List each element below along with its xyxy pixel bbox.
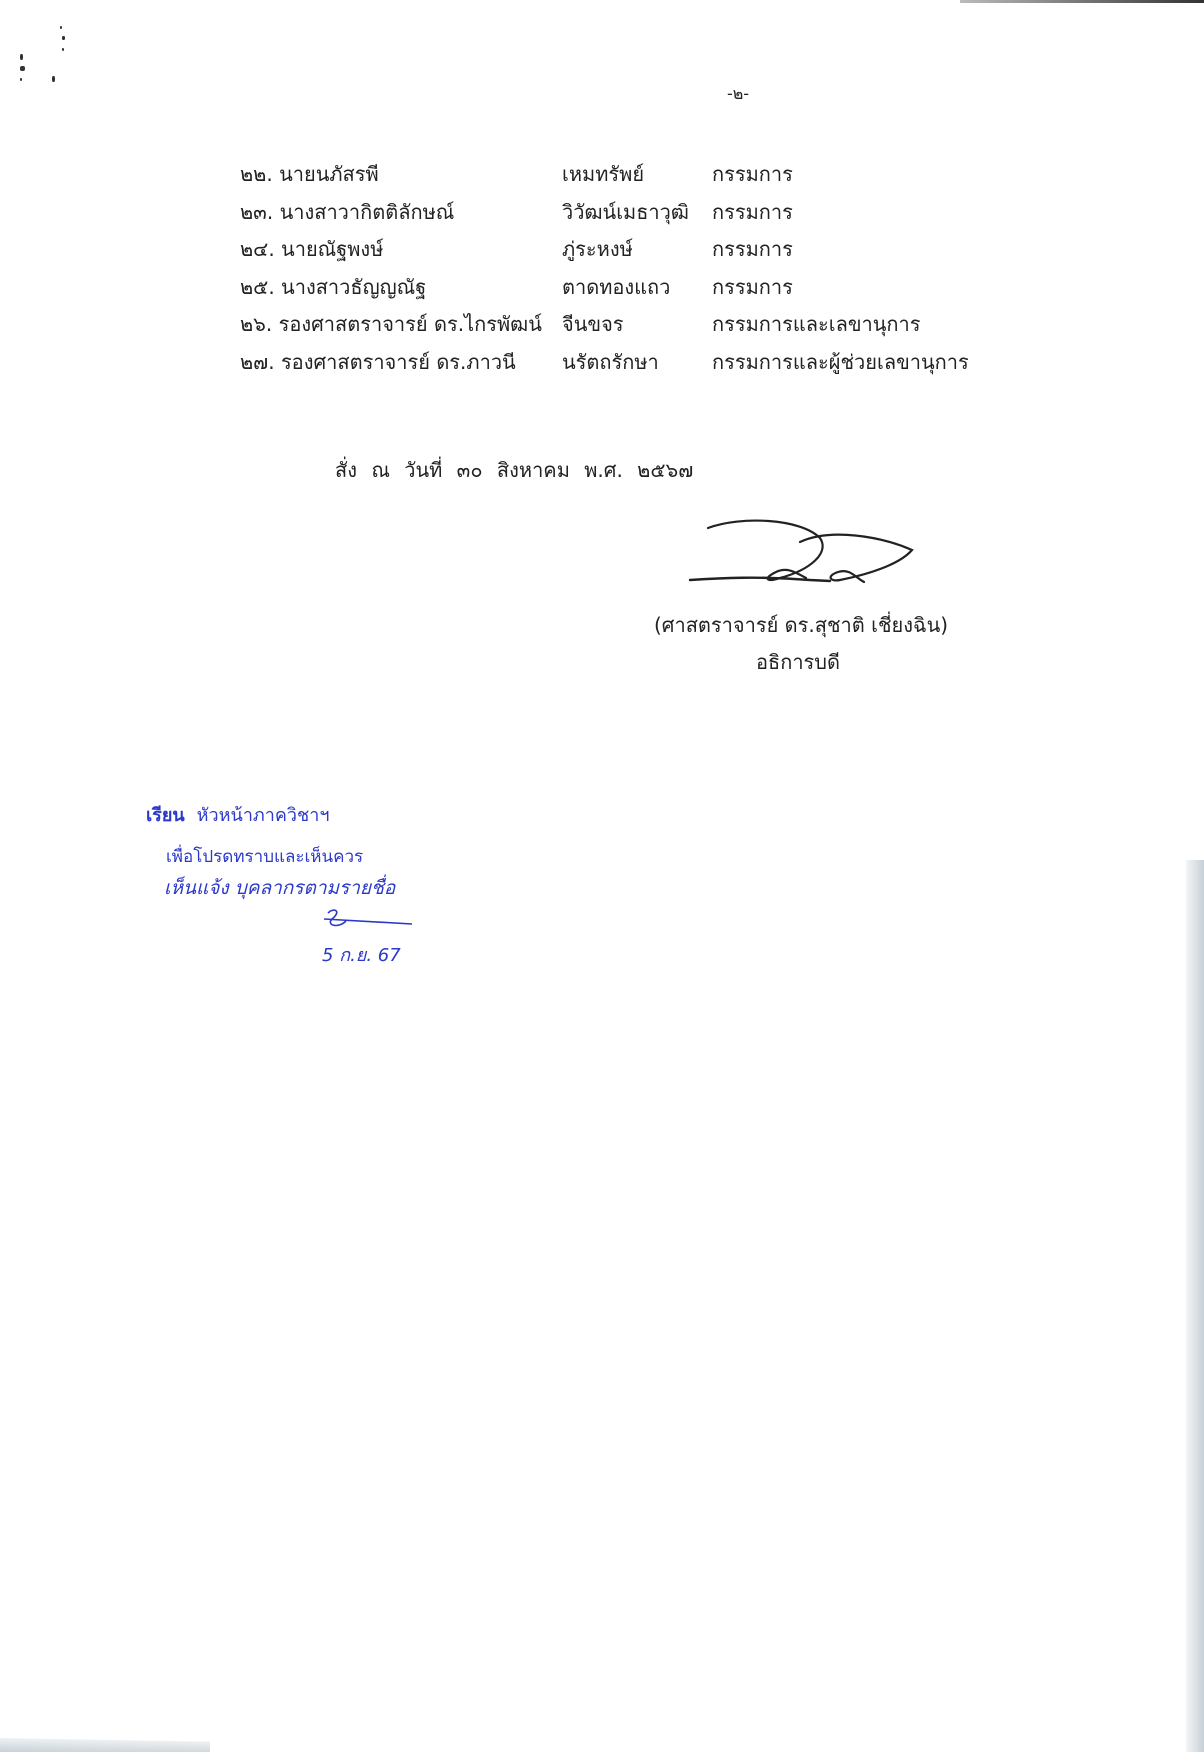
member-surname: เหมทรัพย์ xyxy=(562,158,644,190)
signer-position: อธิการบดี xyxy=(756,646,840,678)
member-surname: จีนขจร xyxy=(562,308,624,340)
order-date: สั่ง ณ วันที่ ๓๐ สิงหาคม พ.ศ. ๒๕๖๗ xyxy=(335,454,693,486)
member-surname: ภู่ระหงษ์ xyxy=(562,233,633,265)
annotation-to: เรียนหัวหน้าภาควิชาฯ xyxy=(146,800,329,829)
member-name: ๒๕. นางสาวธัญญณัฐ xyxy=(240,271,426,303)
annotation-handwritten: เห็นแจ้ง บุคลากรตามรายชื่อ xyxy=(164,873,395,903)
scan-edge-bottom xyxy=(0,1738,210,1752)
member-role: กรรมการและเลขานุการ xyxy=(712,308,921,340)
member-name: ๒๒. นายนภัสรพี xyxy=(240,158,379,190)
initials-signature-icon xyxy=(320,905,420,935)
member-role: กรรมการ xyxy=(712,196,793,228)
member-name: ๒๔. นายณัฐพงษ์ xyxy=(240,233,383,265)
scan-edge-right xyxy=(1186,860,1204,1752)
member-role: กรรมการ xyxy=(712,158,793,190)
annotation-recipient: หัวหน้าภาควิชาฯ xyxy=(197,805,330,826)
signer-name: (ศาสตราจารย์ ดร.สุชาติ เชี่ยงฉิน) xyxy=(654,609,948,641)
member-name: ๒๗. รองศาสตราจารย์ ดร.ภาวนี xyxy=(240,346,516,378)
annotation-purpose: เพื่อโปรดทราบและเห็นควร xyxy=(166,843,363,870)
member-name: ๒๓. นางสาวากิตติลักษณ์ xyxy=(240,196,454,228)
member-name: ๒๖. รองศาสตราจารย์ ดร.ไกรพัฒน์ xyxy=(240,308,542,340)
annotation-date: 5 ก.ย. 67 xyxy=(322,940,401,969)
member-surname: วิวัฒน์เมธาวุฒิ xyxy=(562,196,689,228)
member-role: กรรมการ xyxy=(712,233,793,265)
member-role: กรรมการ xyxy=(712,271,793,303)
page-number: -๒- xyxy=(0,82,1204,107)
scan-edge-top xyxy=(960,0,1204,3)
signature-icon xyxy=(680,508,920,588)
member-surname: นรัตถรักษา xyxy=(562,346,659,378)
annotation-to-label: เรียน xyxy=(146,805,185,826)
member-role: กรรมการและผู้ช่วยเลขานุการ xyxy=(712,346,969,378)
member-surname: ตาดทองแถว xyxy=(562,271,670,303)
